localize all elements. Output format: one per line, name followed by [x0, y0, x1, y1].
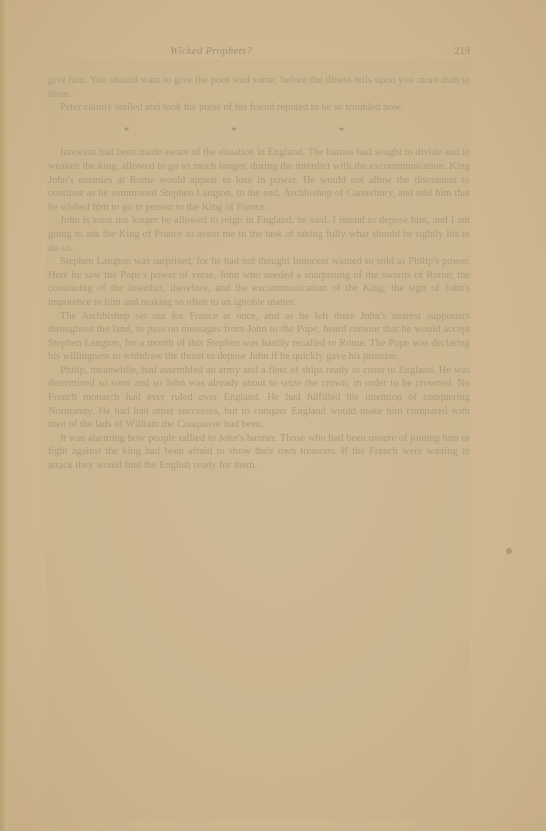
page-body: give him. You should want to give the po… — [48, 74, 470, 473]
running-title: Wicked Prophets? — [170, 46, 252, 57]
page-number: 219 — [454, 46, 470, 57]
paragraph: It was alarming how people rallied to Jo… — [48, 432, 470, 473]
page-gutter — [0, 0, 8, 831]
paragraph: Innocent had been made aware of the situ… — [48, 146, 470, 214]
running-header: Wicked Prophets? 219 — [60, 46, 470, 60]
paragraph: Philip, meanwhile, had assembled an army… — [48, 364, 470, 432]
section-break: * * * — [48, 125, 470, 139]
paragraph: The Archbishop set out for France at onc… — [48, 310, 470, 364]
margin-stain — [506, 548, 512, 554]
paragraph: John is soon not longer be allowed to re… — [48, 214, 470, 255]
paragraph: Stephen Langton was surprised, for he ha… — [48, 255, 470, 309]
paragraph: give him. You should want to give the po… — [48, 74, 470, 101]
paragraph: Peter calmly smiled and took the pulse o… — [48, 101, 470, 115]
